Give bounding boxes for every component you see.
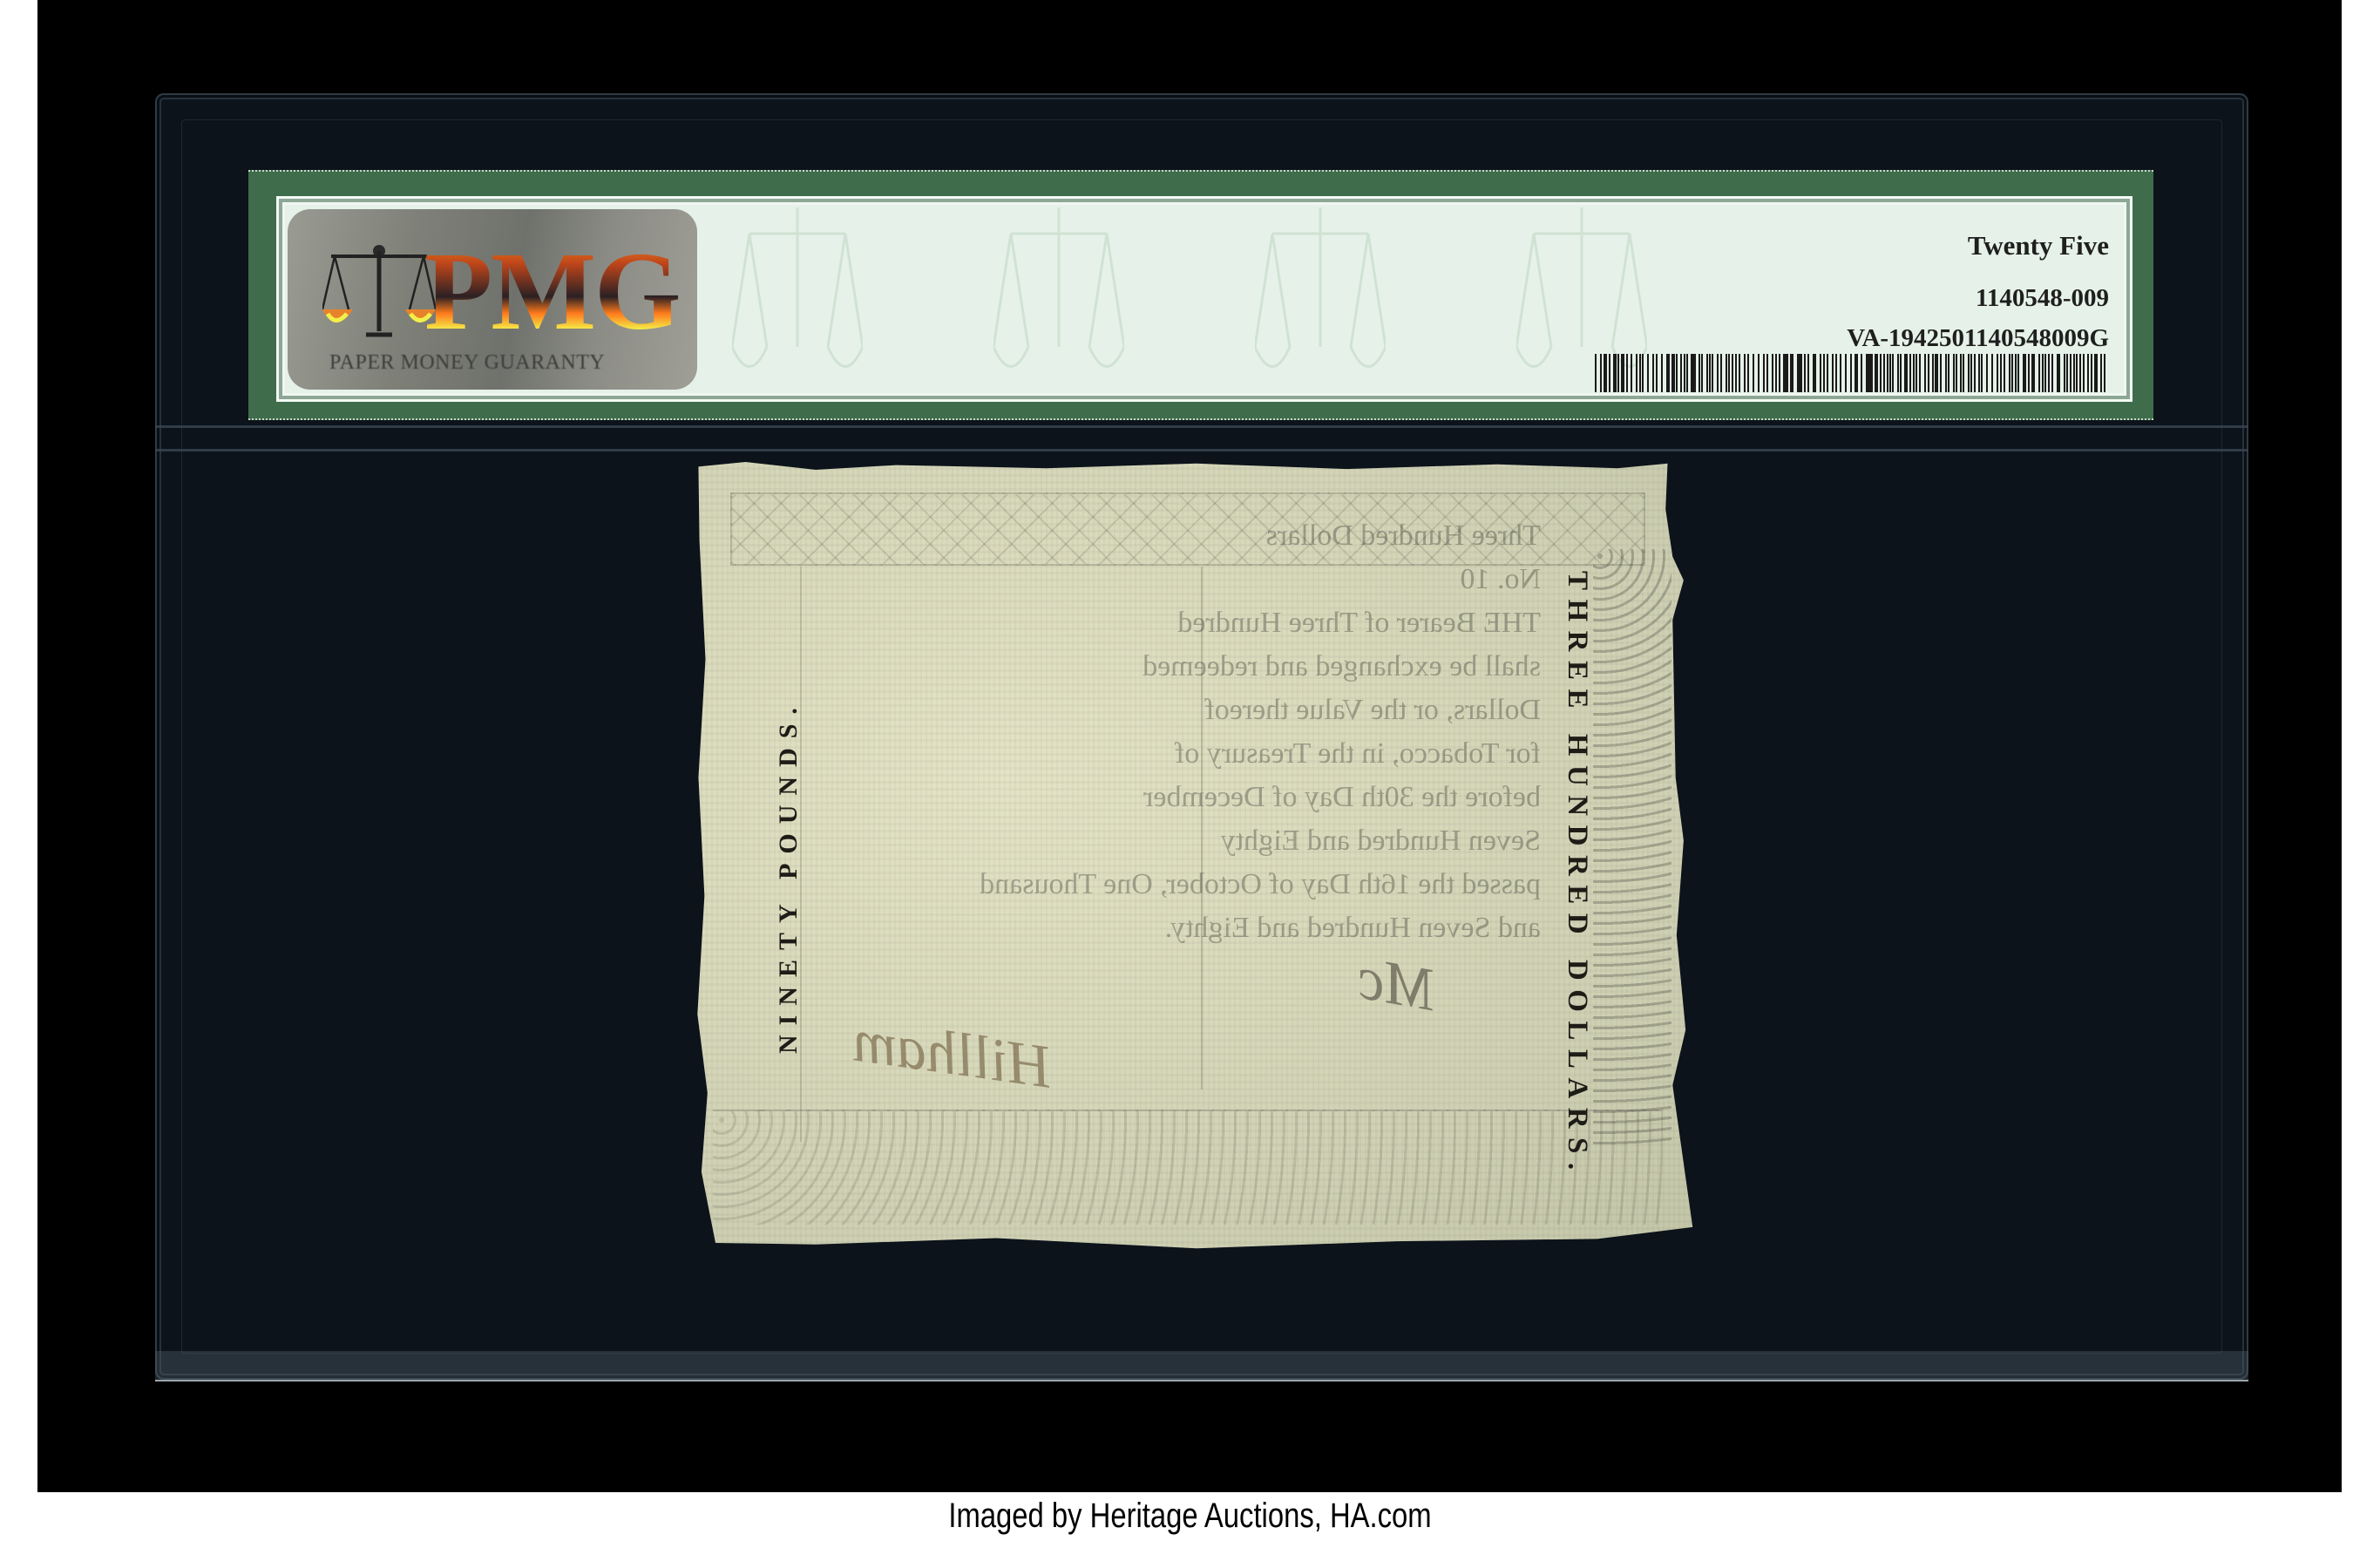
bleed-through-line: and Seven Hundred and Eighty. [1018, 906, 1541, 950]
grading-label: PMG PAPER MONEY GUARANTY Twenty Five 114… [248, 170, 2153, 420]
banknote-reverse: Three Hundred DollarsNo. 10THE Bearer of… [695, 462, 1698, 1251]
scales-watermark-icon [993, 199, 1124, 399]
pmg-logo-text: PMG [424, 235, 680, 347]
left-margin-denomination: NINETY POUNDS. [774, 698, 804, 1054]
bleed-through-line: before the 30th Day of December [1018, 776, 1541, 819]
barcode [1595, 354, 2109, 392]
bleed-through-text: Three Hundred DollarsNo. 10THE Bearer of… [1018, 514, 1541, 950]
image-credit: Imaged by Heritage Auctions, HA.com [214, 1497, 2166, 1536]
right-margin-denomination: THREE HUNDRED DOLLARS. [1561, 571, 1593, 1179]
bleed-through-line: Seven Hundred and Eighty [1018, 819, 1541, 863]
scales-of-justice-icon [322, 244, 436, 340]
note-bottom-border-ornament [713, 1110, 1663, 1225]
scales-watermark-icon [732, 199, 863, 399]
bleed-through-line: shall be exchanged and redeemed [1018, 645, 1541, 689]
bleed-through-line: No. 10 [1018, 558, 1541, 601]
label-code: VA-1942501140548009G [1847, 324, 2109, 353]
grade-text: Twenty Five [1968, 230, 2109, 261]
label-panel: PMG PAPER MONEY GUARANTY Twenty Five 114… [276, 196, 2133, 402]
holder-divider-bottom [155, 449, 2248, 451]
cert-number: 1140548-009 [1976, 284, 2109, 313]
note-right-border-ornament [1593, 549, 1671, 1146]
pmg-subtitle: PAPER MONEY GUARANTY [329, 351, 605, 375]
holder-divider-top [155, 425, 2248, 428]
bleed-through-line: for Tobacco, in the Treasury of [1018, 732, 1541, 776]
signature: Mc [1353, 944, 1441, 1026]
holder-bottom-rail [155, 1351, 2248, 1381]
scales-watermark-icon [1255, 199, 1386, 399]
bleed-through-line: Dollars, or the Value thereof [1018, 689, 1541, 732]
pmg-hologram: PMG PAPER MONEY GUARANTY [288, 209, 697, 390]
bleed-through-line: passed the 16th Day of October, One Thou… [1018, 863, 1541, 906]
bleed-through-line: Three Hundred Dollars [1018, 514, 1541, 558]
bleed-through-line: THE Bearer of Three Hundred [1018, 601, 1541, 645]
signature: Hillham [849, 1006, 1056, 1103]
